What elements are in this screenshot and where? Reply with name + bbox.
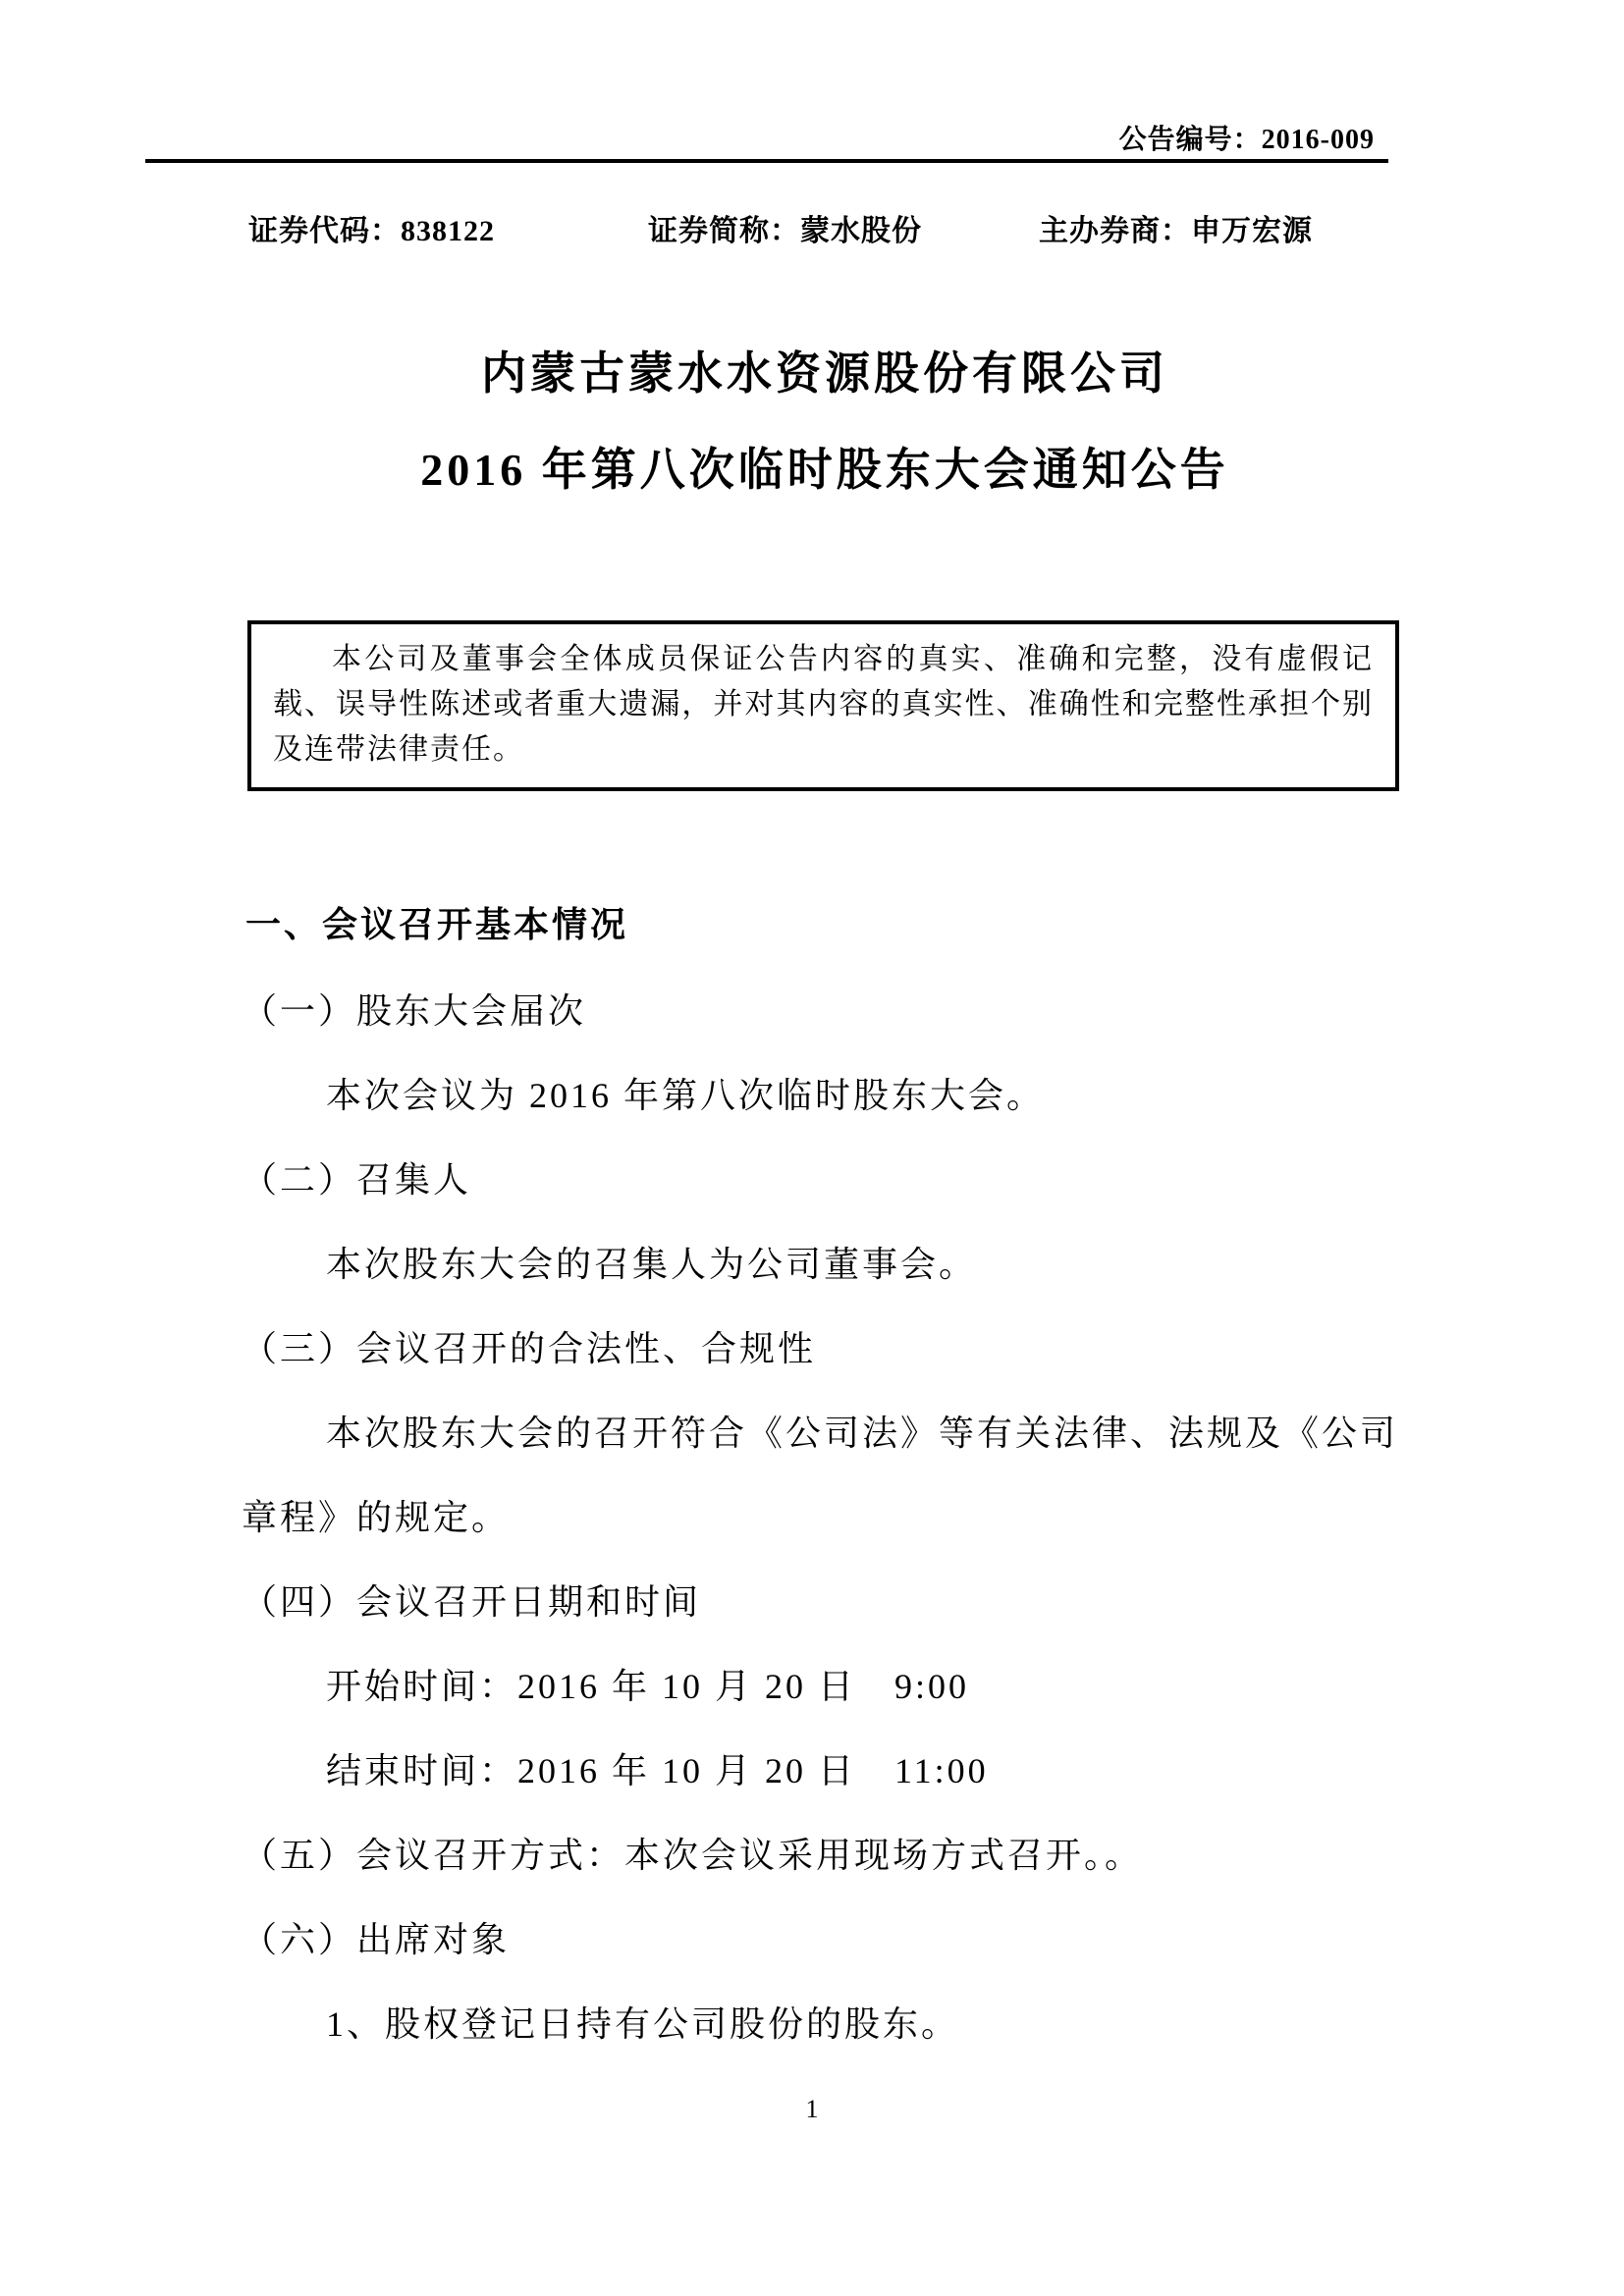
list-item-label: （六）出席对象 xyxy=(242,1918,1405,2002)
section-body: （一）股东大会届次 本次会议为 2016 年第八次临时股东大会。 （二）召集人 … xyxy=(242,989,1405,2087)
list-item-label: （三）会议召开的合法性、合规性 xyxy=(242,1327,1405,1412)
header-rule-line xyxy=(145,159,1388,163)
paragraph-line-wrap: 章程》的规定。 xyxy=(242,1496,1405,1580)
document-title-line2: 2016 年第八次临时股东大会通知公告 xyxy=(0,434,1624,499)
numbered-item: 1、股权登记日持有公司股份的股东。 xyxy=(242,2002,1405,2087)
list-item-label: （四）会议召开日期和时间 xyxy=(242,1580,1405,1665)
list-item-label: （一）股东大会届次 xyxy=(242,989,1405,1074)
disclaimer-text: 本公司及董事会全体成员保证公告内容的真实、准确和完整，没有虚假记载、误导性陈述或… xyxy=(273,643,1374,766)
paragraph-line: 本次股东大会的召开符合《公司法》等有关法律、法规及《公司 xyxy=(242,1412,1405,1496)
securities-short-name: 证券简称：蒙水股份 xyxy=(648,206,922,249)
paragraph-line: 本次会议为 2016 年第八次临时股东大会。 xyxy=(242,1074,1405,1158)
list-item-label: （二）召集人 xyxy=(242,1158,1405,1243)
list-item-label: （五）会议召开方式：本次会议采用现场方式召开。。 xyxy=(242,1834,1405,1918)
sponsor-broker: 主办券商：申万宏源 xyxy=(1039,206,1313,249)
securities-code: 证券代码：838122 xyxy=(248,206,495,249)
document-page: 公告编号：2016-009 证券代码：838122 证券简称：蒙水股份 主办券商… xyxy=(0,0,1624,2296)
disclaimer-box: 本公司及董事会全体成员保证公告内容的真实、准确和完整，没有虚假记载、误导性陈述或… xyxy=(247,620,1399,791)
notice-number: 公告编号：2016-009 xyxy=(1119,118,1375,157)
page-number: 1 xyxy=(0,2095,1624,2124)
meeting-end-time: 结束时间：2016 年 10 月 20 日 11:00 xyxy=(242,1749,1405,1834)
section-heading: 一、会议召开基本情况 xyxy=(245,897,628,947)
document-title-line1: 内蒙古蒙水水资源股份有限公司 xyxy=(0,338,1624,402)
meeting-start-time: 开始时间：2016 年 10 月 20 日 9:00 xyxy=(242,1665,1405,1749)
paragraph-line: 本次股东大会的召集人为公司董事会。 xyxy=(242,1243,1405,1327)
